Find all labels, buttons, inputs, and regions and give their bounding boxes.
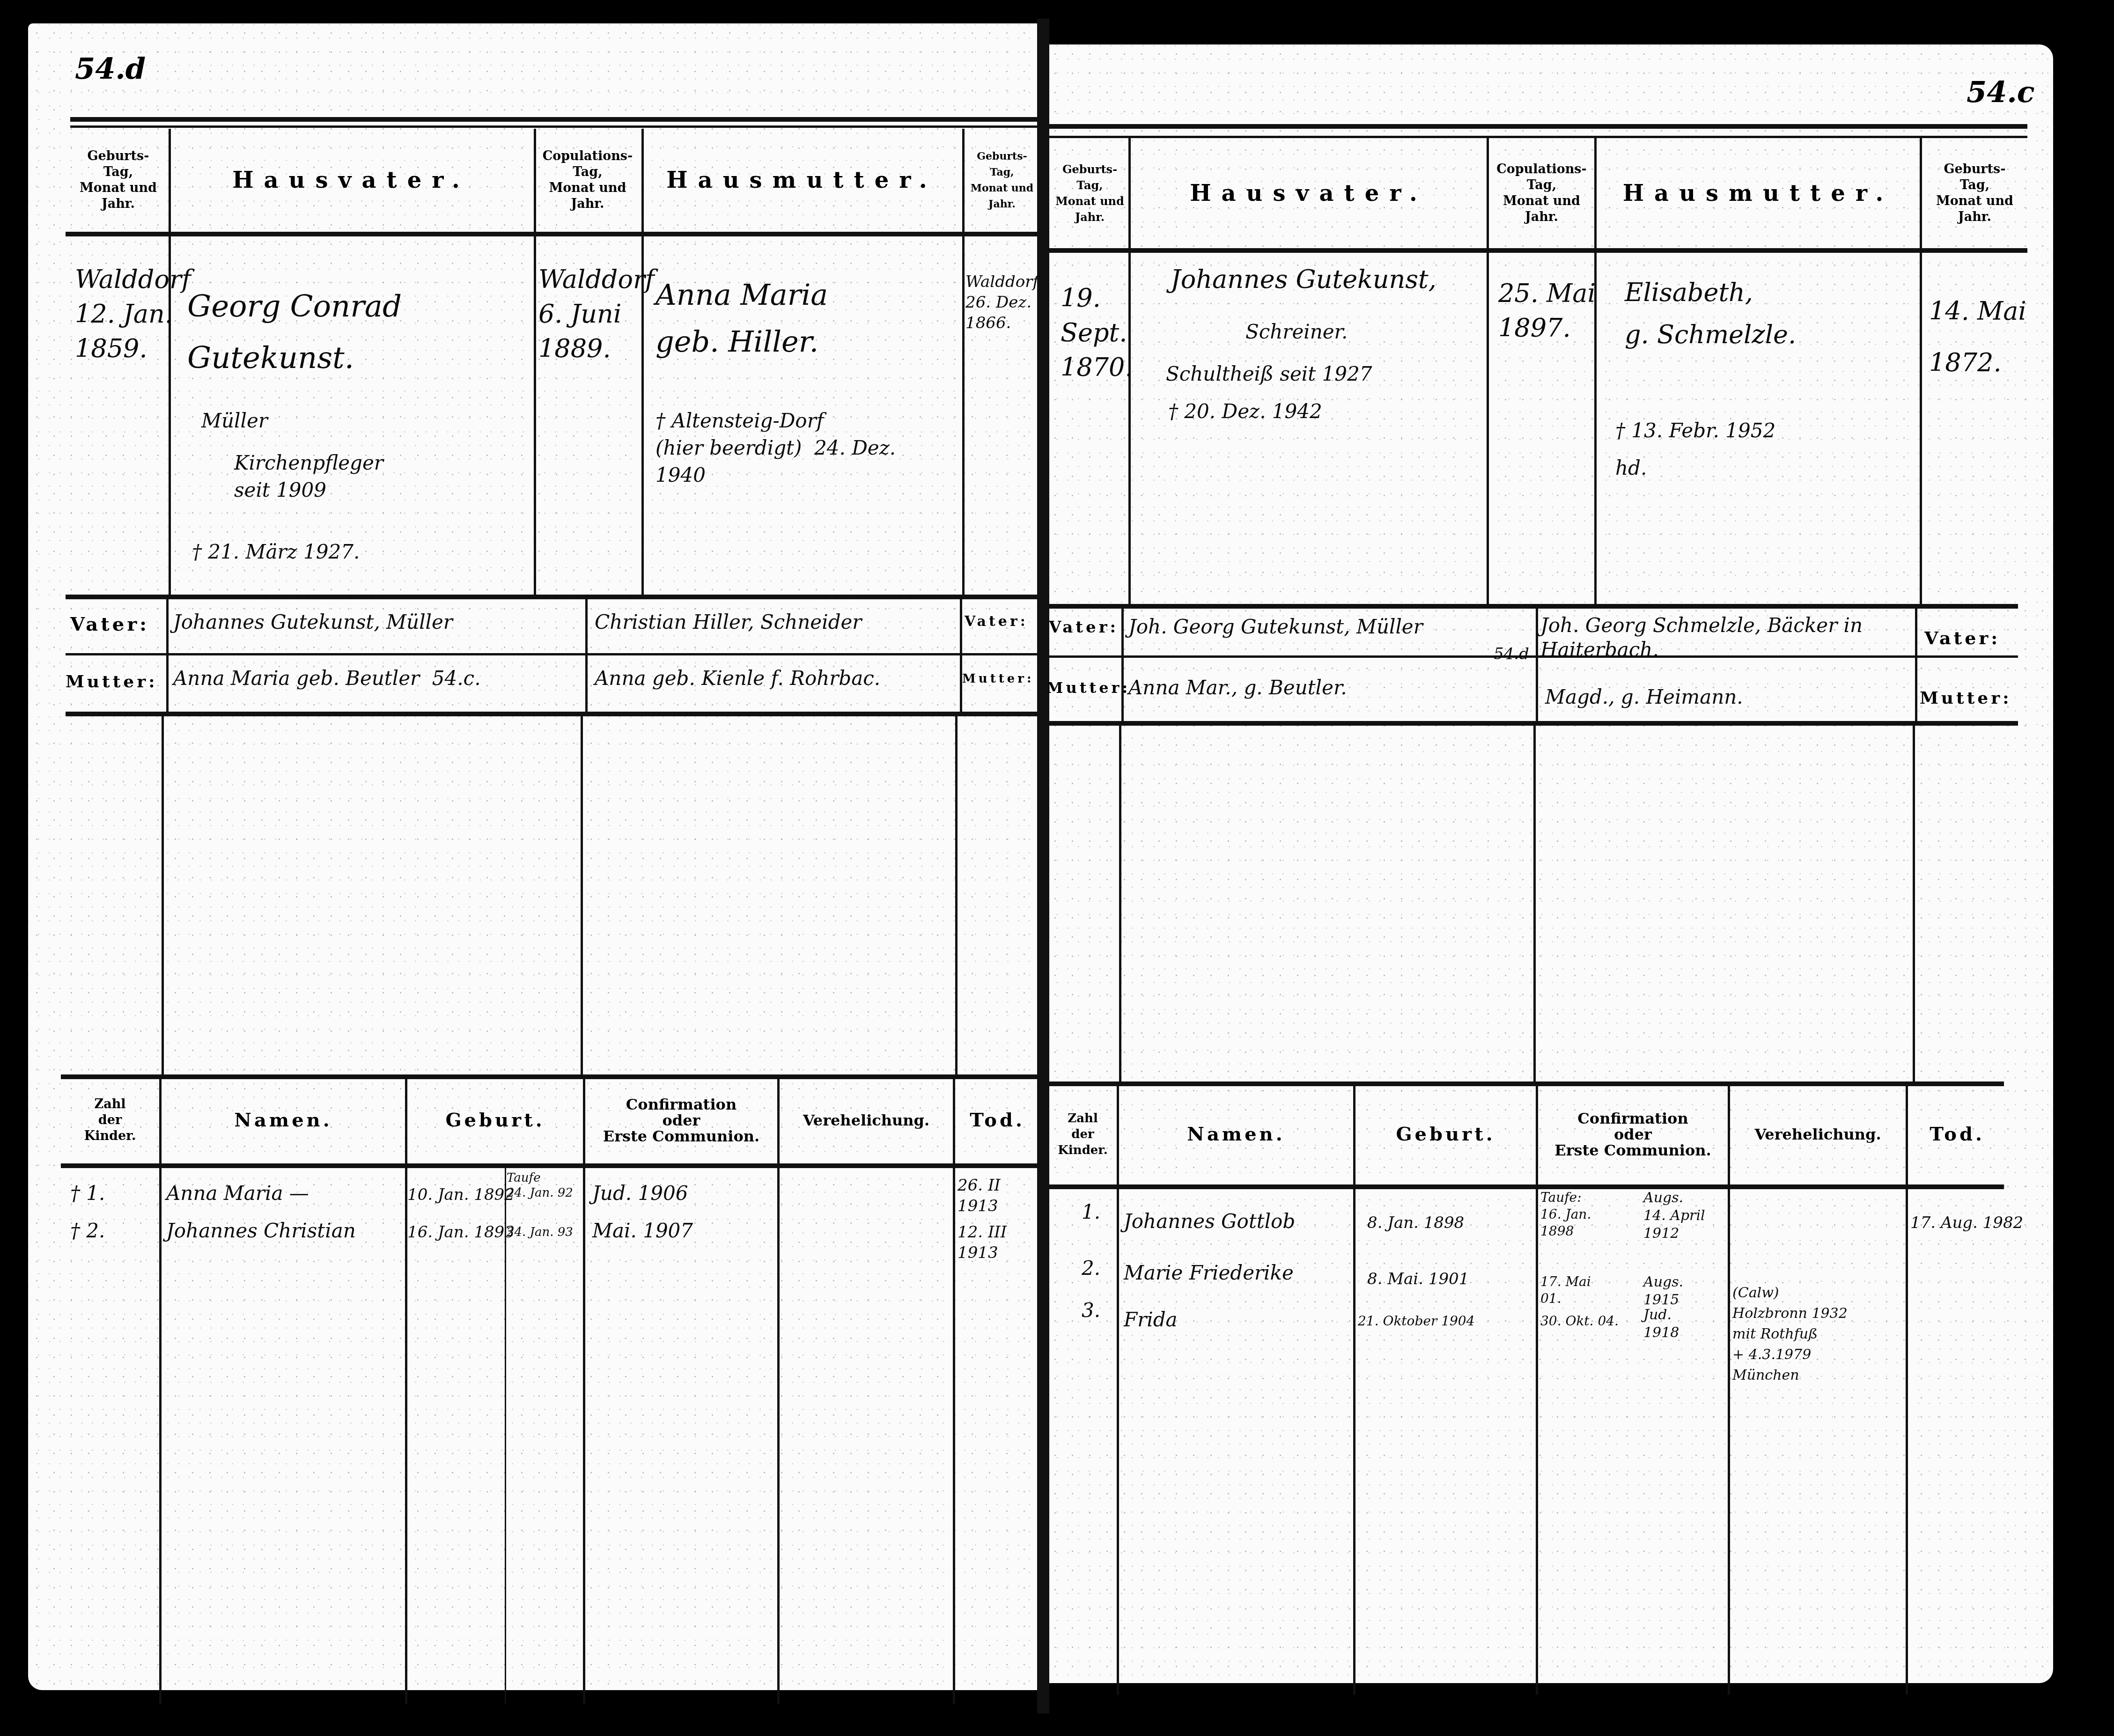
header-children-marriage: Verehelichung. bbox=[780, 1079, 953, 1161]
child-name: Frida bbox=[1124, 1306, 1178, 1333]
child-birth: 8. Mai. 1901 bbox=[1367, 1269, 1469, 1289]
father-death-entry: † 21. März 1927. bbox=[192, 538, 360, 566]
father-name-entry: Johannes Gutekunst, bbox=[1171, 262, 1436, 297]
rule bbox=[70, 117, 1039, 122]
mother-birth-entry: 14. Mai 1872. bbox=[1929, 286, 2026, 389]
header-mother-birth-date: Geburts- Tag, Monat und Jahr. bbox=[965, 131, 1039, 229]
child-birth: 10. Jan. 1892 bbox=[407, 1184, 515, 1205]
father-birth-entry: 19. Sept. 1870. bbox=[1061, 281, 1133, 385]
child-baptism: 17. Mai 01. bbox=[1540, 1273, 1591, 1307]
child-name: Johannes Gottlob bbox=[1124, 1208, 1295, 1235]
book-spine bbox=[1037, 19, 1049, 1714]
child-death: 26. II 1913 bbox=[958, 1175, 1001, 1216]
mother-death-entry: † Altensteig-Dorf (hier beerdigt) 24. De… bbox=[656, 407, 896, 489]
child-marriage: (Calw) Holzbronn 1932 mit Rothfuß + 4.3.… bbox=[1732, 1283, 1848, 1386]
mother-mother-entry: Magd., g. Heimann. bbox=[1545, 684, 1743, 711]
header-hausvater: Hausvater. bbox=[1131, 140, 1487, 246]
header-children-confirmation: Confirmation oder Erste Communion. bbox=[585, 1079, 777, 1161]
label-mutter: Mutter: bbox=[1046, 679, 1130, 697]
father-birth-entry: Walddorf 12. Jan. 1859. bbox=[75, 262, 191, 366]
mother-name-entry: Anna Maria geb. Hiller. bbox=[656, 272, 828, 365]
father-occupation-entry: Müller bbox=[201, 407, 268, 434]
child-death: 17. Aug. 1982 bbox=[1910, 1213, 2023, 1233]
marriage-date-entry: Walddorf 6. Juni 1889. bbox=[538, 262, 655, 366]
father-father-entry: Johannes Gutekunst, Müller bbox=[173, 609, 453, 636]
header-copulation-date: Copulations- Tag, Monat und Jahr. bbox=[1489, 140, 1594, 246]
header-children-birth: Geburt. bbox=[407, 1079, 583, 1161]
header-hausvater: Hausvater. bbox=[171, 131, 531, 229]
child-baptism: Taufe 24. Jan. 92 bbox=[507, 1170, 573, 1200]
child-confirmation: Jud. 1906 bbox=[592, 1180, 688, 1207]
left-page-number: 54.d bbox=[75, 51, 146, 86]
header-children-confirmation: Confirmation oder Erste Communion. bbox=[1538, 1086, 1728, 1182]
child-number: 2. bbox=[1082, 1255, 1100, 1282]
rule bbox=[66, 232, 1039, 236]
mother-birth-entry: Walddorf 26. Dez. 1866. bbox=[965, 272, 1039, 333]
header-hausmutter: Hausmutter. bbox=[644, 131, 960, 229]
child-birth: 8. Jan. 1898 bbox=[1367, 1213, 1464, 1233]
header-copulation-date: Copulations- Tag, Monat und Jahr. bbox=[536, 131, 639, 229]
header-mother-birth-date: Geburts- Tag, Monat und Jahr. bbox=[1922, 140, 2027, 246]
child-birth: 21. Oktober 1904 bbox=[1358, 1311, 1475, 1331]
right-page-number: 54.c bbox=[1967, 75, 2035, 109]
child-number: 1. bbox=[1082, 1199, 1100, 1226]
child-birth: 16. Jan. 1893 bbox=[407, 1222, 515, 1243]
child-baptism: Taufe: 16. Jan. 1898 bbox=[1540, 1189, 1591, 1240]
mother-mother-entry: Anna geb. Kienle f. Rohrbac. bbox=[595, 665, 880, 692]
header-children-birth: Geburt. bbox=[1355, 1086, 1536, 1182]
child-number: † 2. bbox=[70, 1217, 105, 1244]
child-name: Johannes Christian bbox=[166, 1217, 356, 1244]
scanned-register-spread: 54.d 54.c Geburts- Tag, Monat und Jahr. … bbox=[0, 0, 2114, 1736]
child-name: Anna Maria — bbox=[166, 1180, 309, 1207]
label-mutter: Mutter: bbox=[66, 672, 157, 691]
child-baptism: 30. Okt. 04. bbox=[1540, 1311, 1619, 1331]
mother-name-entry: Elisabeth, g. Schmelzle. bbox=[1625, 272, 1796, 356]
header-children-name: Namen. bbox=[162, 1079, 405, 1161]
child-confirmation: Augs. 14. April 1912 bbox=[1643, 1189, 1705, 1243]
mother-father-entry: Joh. Georg Schmelzle, Bäcker in Haiterba… bbox=[1540, 613, 1863, 662]
header-children-name: Namen. bbox=[1119, 1086, 1353, 1182]
header-birth-date: Geburts- Tag, Monat und Jahr. bbox=[1051, 140, 1128, 246]
header-children-death: Tod. bbox=[955, 1079, 1039, 1161]
father-mother-entry: Anna Mar., g. Beutler. bbox=[1128, 674, 1347, 701]
father-note-entry: Schultheiß seit 1927 bbox=[1166, 360, 1372, 388]
child-number: † 1. bbox=[70, 1180, 105, 1207]
mother-death-entry: † 13. Febr. 1952 hd. bbox=[1615, 412, 1775, 487]
header-hausmutter: Hausmutter. bbox=[1597, 140, 1920, 246]
rule bbox=[70, 125, 1039, 128]
father-father-entry: Joh. Georg Gutekunst, Müller bbox=[1128, 613, 1423, 640]
father-occupation-entry: Schreiner. bbox=[1245, 318, 1348, 346]
child-name: Marie Friederike bbox=[1124, 1259, 1294, 1287]
header-children-number: Zahl der Kinder. bbox=[61, 1079, 159, 1161]
label-vater: Vater: bbox=[70, 613, 149, 635]
father-death-entry: † 20. Dez. 1942 bbox=[1168, 398, 1322, 425]
label-vater: Vater: bbox=[1049, 618, 1119, 637]
mother-father-entry: Christian Hiller, Schneider bbox=[595, 609, 862, 636]
header-children-number: Zahl der Kinder. bbox=[1049, 1086, 1117, 1182]
child-death: 12. III 1913 bbox=[958, 1222, 1007, 1263]
marriage-date-entry: 25. Mai 1897. bbox=[1498, 276, 1596, 346]
father-name-entry: Georg Conrad Gutekunst. bbox=[187, 281, 402, 384]
header-children-marriage: Verehelichung. bbox=[1730, 1086, 1906, 1182]
father-mother-entry: Anna Maria geb. Beutler 54.c. bbox=[173, 665, 480, 692]
header-birth-date: Geburts- Tag, Monat und Jahr. bbox=[70, 131, 166, 229]
child-baptism: 24. Jan. 93 bbox=[507, 1222, 573, 1243]
child-confirmation: Jud. 1918 bbox=[1643, 1306, 1679, 1342]
header-children-death: Tod. bbox=[1908, 1086, 2006, 1182]
child-confirmation: Mai. 1907 bbox=[592, 1217, 693, 1244]
child-number: 3. bbox=[1082, 1297, 1100, 1324]
father-note-entry: Kirchenpfleger seit 1909 bbox=[234, 449, 383, 504]
child-confirmation: Augs. 1915 bbox=[1643, 1273, 1683, 1309]
cross-reference: 54.d bbox=[1494, 644, 1529, 664]
